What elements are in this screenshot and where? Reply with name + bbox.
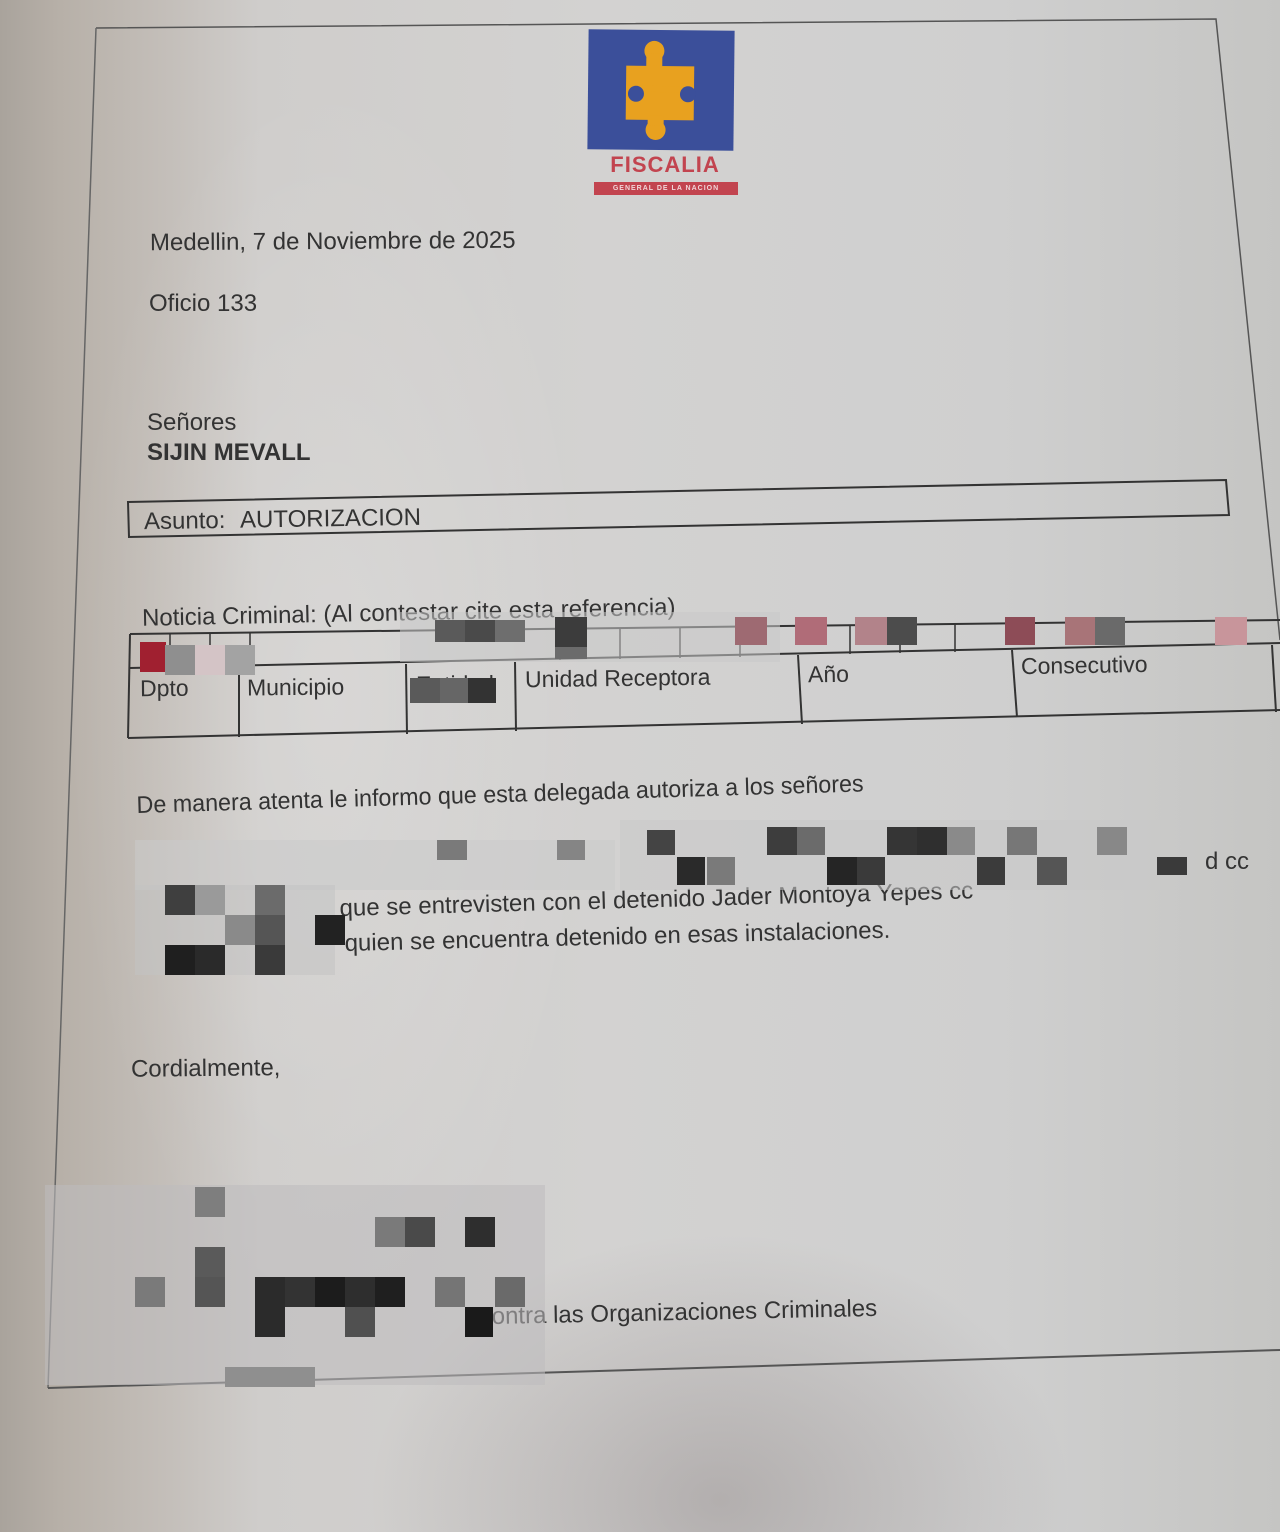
redaction-pixel [140,642,166,672]
redaction-pixel [315,915,345,945]
redaction-pixel [195,1247,225,1277]
redaction-pixel [285,1277,315,1307]
col-consecutivo: Consecutivo [1021,651,1148,680]
redaction-pixel [255,1277,285,1307]
col-unidad-receptora: Unidad Receptora [525,664,711,694]
redaction-pixel [855,617,887,645]
redaction-pixel [495,620,525,642]
redaction-pixel [857,857,885,885]
col-dpto: Dpto [140,675,189,703]
redaction-pixel [557,840,585,860]
oficio-number: Oficio 133 [149,290,257,318]
redaction-pixel [345,1307,375,1337]
subject-label: Asunto: [144,507,226,535]
redaction-pixel [165,945,195,975]
redaction-pixel [315,1277,345,1307]
redaction-pixel [947,827,975,855]
redaction-pixel [495,1277,525,1307]
redaction-pixel [195,1277,225,1307]
body-line-2-end: d cc [1205,848,1249,876]
redaction-pixel [440,678,468,703]
redaction-pixel [465,1217,495,1247]
redaction-pixel [797,827,825,855]
redaction-pixel [255,885,285,915]
redaction-pixel [917,827,947,855]
recipient: SIJIN MEVALL [147,439,311,467]
redaction-pixel [410,678,440,703]
redaction-pixel [465,620,495,642]
redaction-pixel [1007,827,1037,855]
redaction-pixel [1065,617,1095,645]
redaction-pixel [827,857,857,885]
salutation: Señores [147,409,236,437]
redaction-pixel [1005,617,1035,645]
redaction-pixel [555,647,587,659]
redaction-pixel [435,1277,465,1307]
redaction-pixel [795,617,827,645]
signature-title: ontra las Organizaciones Criminales [491,1295,877,1331]
redaction-pixel [375,1277,405,1307]
redaction-pixel [465,1307,493,1337]
redaction-pixel [255,1307,285,1337]
redaction-pixel [255,915,285,945]
redaction-pixel [165,885,195,915]
redaction-pixel [225,645,255,675]
redaction-pixel [435,620,465,642]
redaction-pixel [255,945,285,975]
redaction-pixel [1215,617,1247,645]
redaction-pixel [468,678,496,703]
body-line-1: De manera atenta le informo que esta del… [136,770,864,820]
redaction-pixel [555,617,587,647]
redaction-pixel [647,830,675,855]
redaction-pixel [767,827,797,855]
redaction-pixel [345,1277,375,1307]
redaction-pixel [1095,617,1125,645]
redaction-pixel [135,1277,165,1307]
col-anio: Año [808,661,849,689]
redaction-pixel [735,617,767,645]
redaction-pixel [887,827,917,855]
redaction-pixel [195,885,225,915]
redaction-pixel [225,915,255,945]
redaction-pixel [437,840,467,860]
redaction-pixel [165,645,195,675]
redaction-pixel [195,645,225,675]
subject-value: AUTORIZACION [240,504,421,534]
redaction-pixel [977,857,1005,885]
closing: Cordialmente, [131,1054,281,1084]
redaction-pixel [1097,827,1127,855]
col-municipio: Municipio [247,673,344,701]
body-line-4: quien se encuentra detenido en esas inst… [344,917,890,958]
redaction-pixel [1157,857,1187,875]
redaction-pixel [375,1217,405,1247]
logo-wordmark: FISCALIA [592,152,738,178]
logo-subtitle: GENERAL DE LA NACION [594,182,738,195]
redaction-pixel [195,945,225,975]
redaction-pixel [887,617,917,645]
redaction-pixel [677,857,705,885]
redaction-pixel [405,1217,435,1247]
redaction-pixel [225,1367,315,1387]
redaction-pixel [1037,857,1067,885]
redaction-pixel [135,840,615,890]
subject-line: Asunto: AUTORIZACION [144,504,421,536]
puzzle-piece-icon [587,29,734,151]
redaction-pixel [195,1187,225,1217]
place-date: Medellin, 7 de Noviembre de 2025 [150,227,516,258]
redaction-pixel [707,857,735,885]
fiscalia-logo [587,29,734,151]
